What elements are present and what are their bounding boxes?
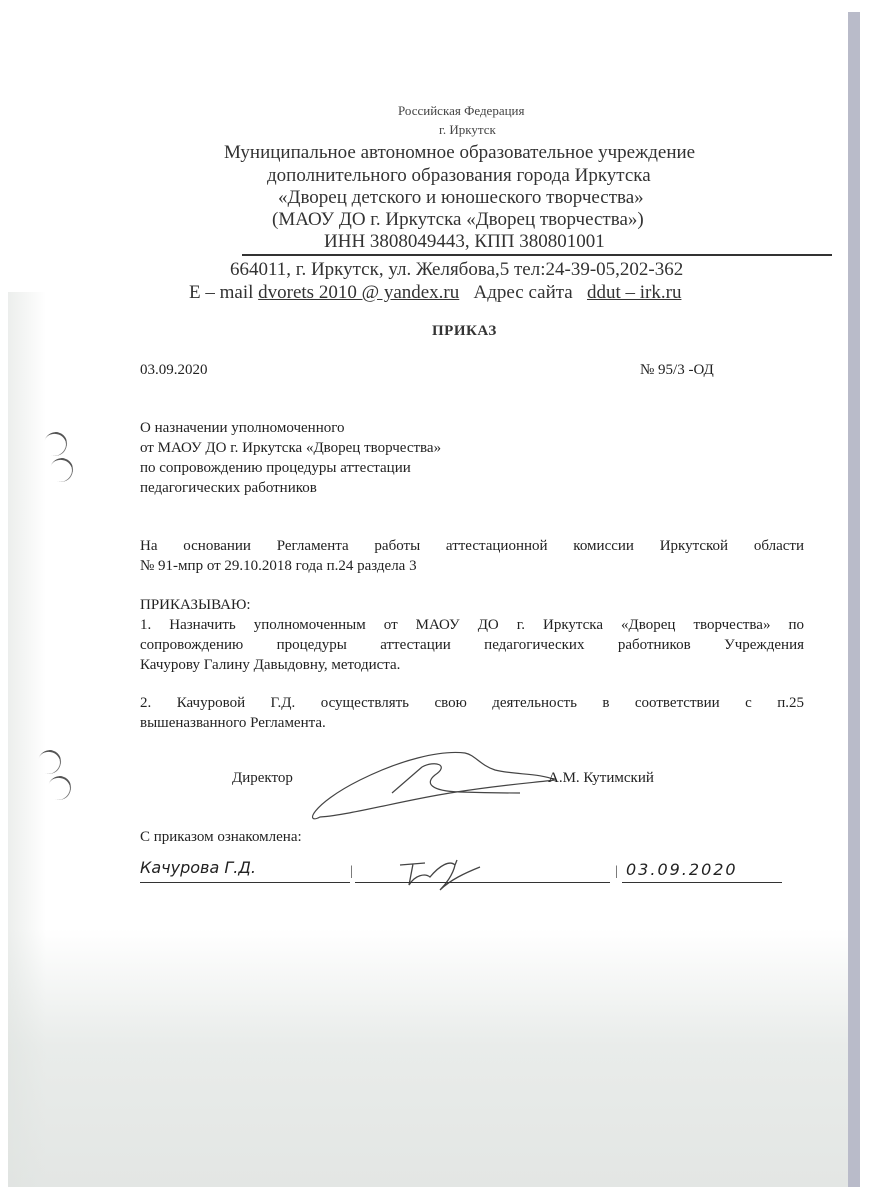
site-link[interactable]: ddut – irk.ru bbox=[587, 282, 681, 303]
employee-signature-icon bbox=[395, 855, 495, 895]
signature-line bbox=[355, 882, 610, 883]
decree-word: ПРИКАЗЫВАЮ: bbox=[140, 597, 251, 614]
item1-line3: Качурову Галину Давыдовну, методиста. bbox=[140, 657, 400, 674]
order-title: ПРИКАЗ bbox=[432, 323, 497, 340]
handwritten-name: Качурова Г.Д. bbox=[140, 858, 256, 877]
signer-position: Директор bbox=[232, 770, 293, 787]
contacts-line: E – mail dvorets 2010 @ yandex.ru Адрес … bbox=[189, 282, 681, 304]
email-label: E – mail bbox=[189, 282, 253, 303]
inn-kpp: ИНН 3808049443, КПП 380801001 bbox=[324, 231, 605, 253]
org-name-line1: Муниципальное автономное образовательное… bbox=[224, 142, 695, 164]
subject-line: педагогических работников bbox=[140, 480, 317, 497]
date-line bbox=[622, 882, 782, 883]
address-line: 664011, г. Иркутск, ул. Желябова,5 тел:2… bbox=[230, 259, 683, 281]
basis-line1-wrap: На основании Регламента работы аттестаци… bbox=[140, 538, 804, 555]
order-number: № 95/3 -ОД bbox=[640, 362, 714, 379]
handwritten-date: 03.09.2020 bbox=[626, 860, 738, 879]
org-name-line3: «Дворец детского и юношеского творчества… bbox=[278, 187, 644, 209]
separator: | bbox=[615, 864, 618, 880]
item2-line2: вышеназванного Регламента. bbox=[140, 715, 326, 732]
item2-line1-wrap: 2. Качуровой Г.Д. осуществлять свою деят… bbox=[140, 695, 804, 712]
org-name-line2: дополнительного образования города Иркут… bbox=[267, 165, 651, 187]
email-link[interactable]: dvorets 2010 @ yandex.ru bbox=[258, 282, 459, 303]
acknowledgement-label: С приказом ознакомлена: bbox=[140, 829, 302, 846]
name-line bbox=[140, 882, 350, 883]
country-text: Российская Федерация bbox=[398, 103, 525, 119]
item1-line1-wrap: 1. Назначить уполномоченным от МАОУ ДО г… bbox=[140, 617, 804, 634]
item1-line1: 1. Назначить уполномоченным от МАОУ ДО г… bbox=[140, 617, 804, 634]
director-signature-icon bbox=[300, 745, 560, 825]
separator: | bbox=[350, 864, 353, 880]
item1-line2: сопровождению процедуры аттестации педаг… bbox=[140, 637, 804, 654]
basis-line2: № 91-мпр от 29.10.2018 года п.24 раздела… bbox=[140, 558, 417, 575]
scan-edge-bar bbox=[848, 12, 860, 1187]
subject-line: О назначении уполномоченного bbox=[140, 420, 345, 437]
letterhead-divider bbox=[242, 254, 832, 256]
subject-line: от МАОУ ДО г. Иркутска «Дворец творчеств… bbox=[140, 440, 441, 457]
subject-line: по сопровождению процедуры аттестации bbox=[140, 460, 411, 477]
signer-name: А.М. Кутимский bbox=[548, 770, 654, 787]
basis-line1: На основании Регламента работы аттестаци… bbox=[140, 538, 804, 555]
city-text: г. Иркутск bbox=[439, 122, 496, 138]
site-label: Адрес сайта bbox=[474, 282, 573, 303]
order-date: 03.09.2020 bbox=[140, 362, 208, 379]
item2-line1: 2. Качуровой Г.Д. осуществлять свою деят… bbox=[140, 695, 804, 712]
item1-line2-wrap: сопровождению процедуры аттестации педаг… bbox=[140, 637, 804, 654]
org-short-name: (МАОУ ДО г. Иркутска «Дворец творчества»… bbox=[272, 209, 644, 231]
